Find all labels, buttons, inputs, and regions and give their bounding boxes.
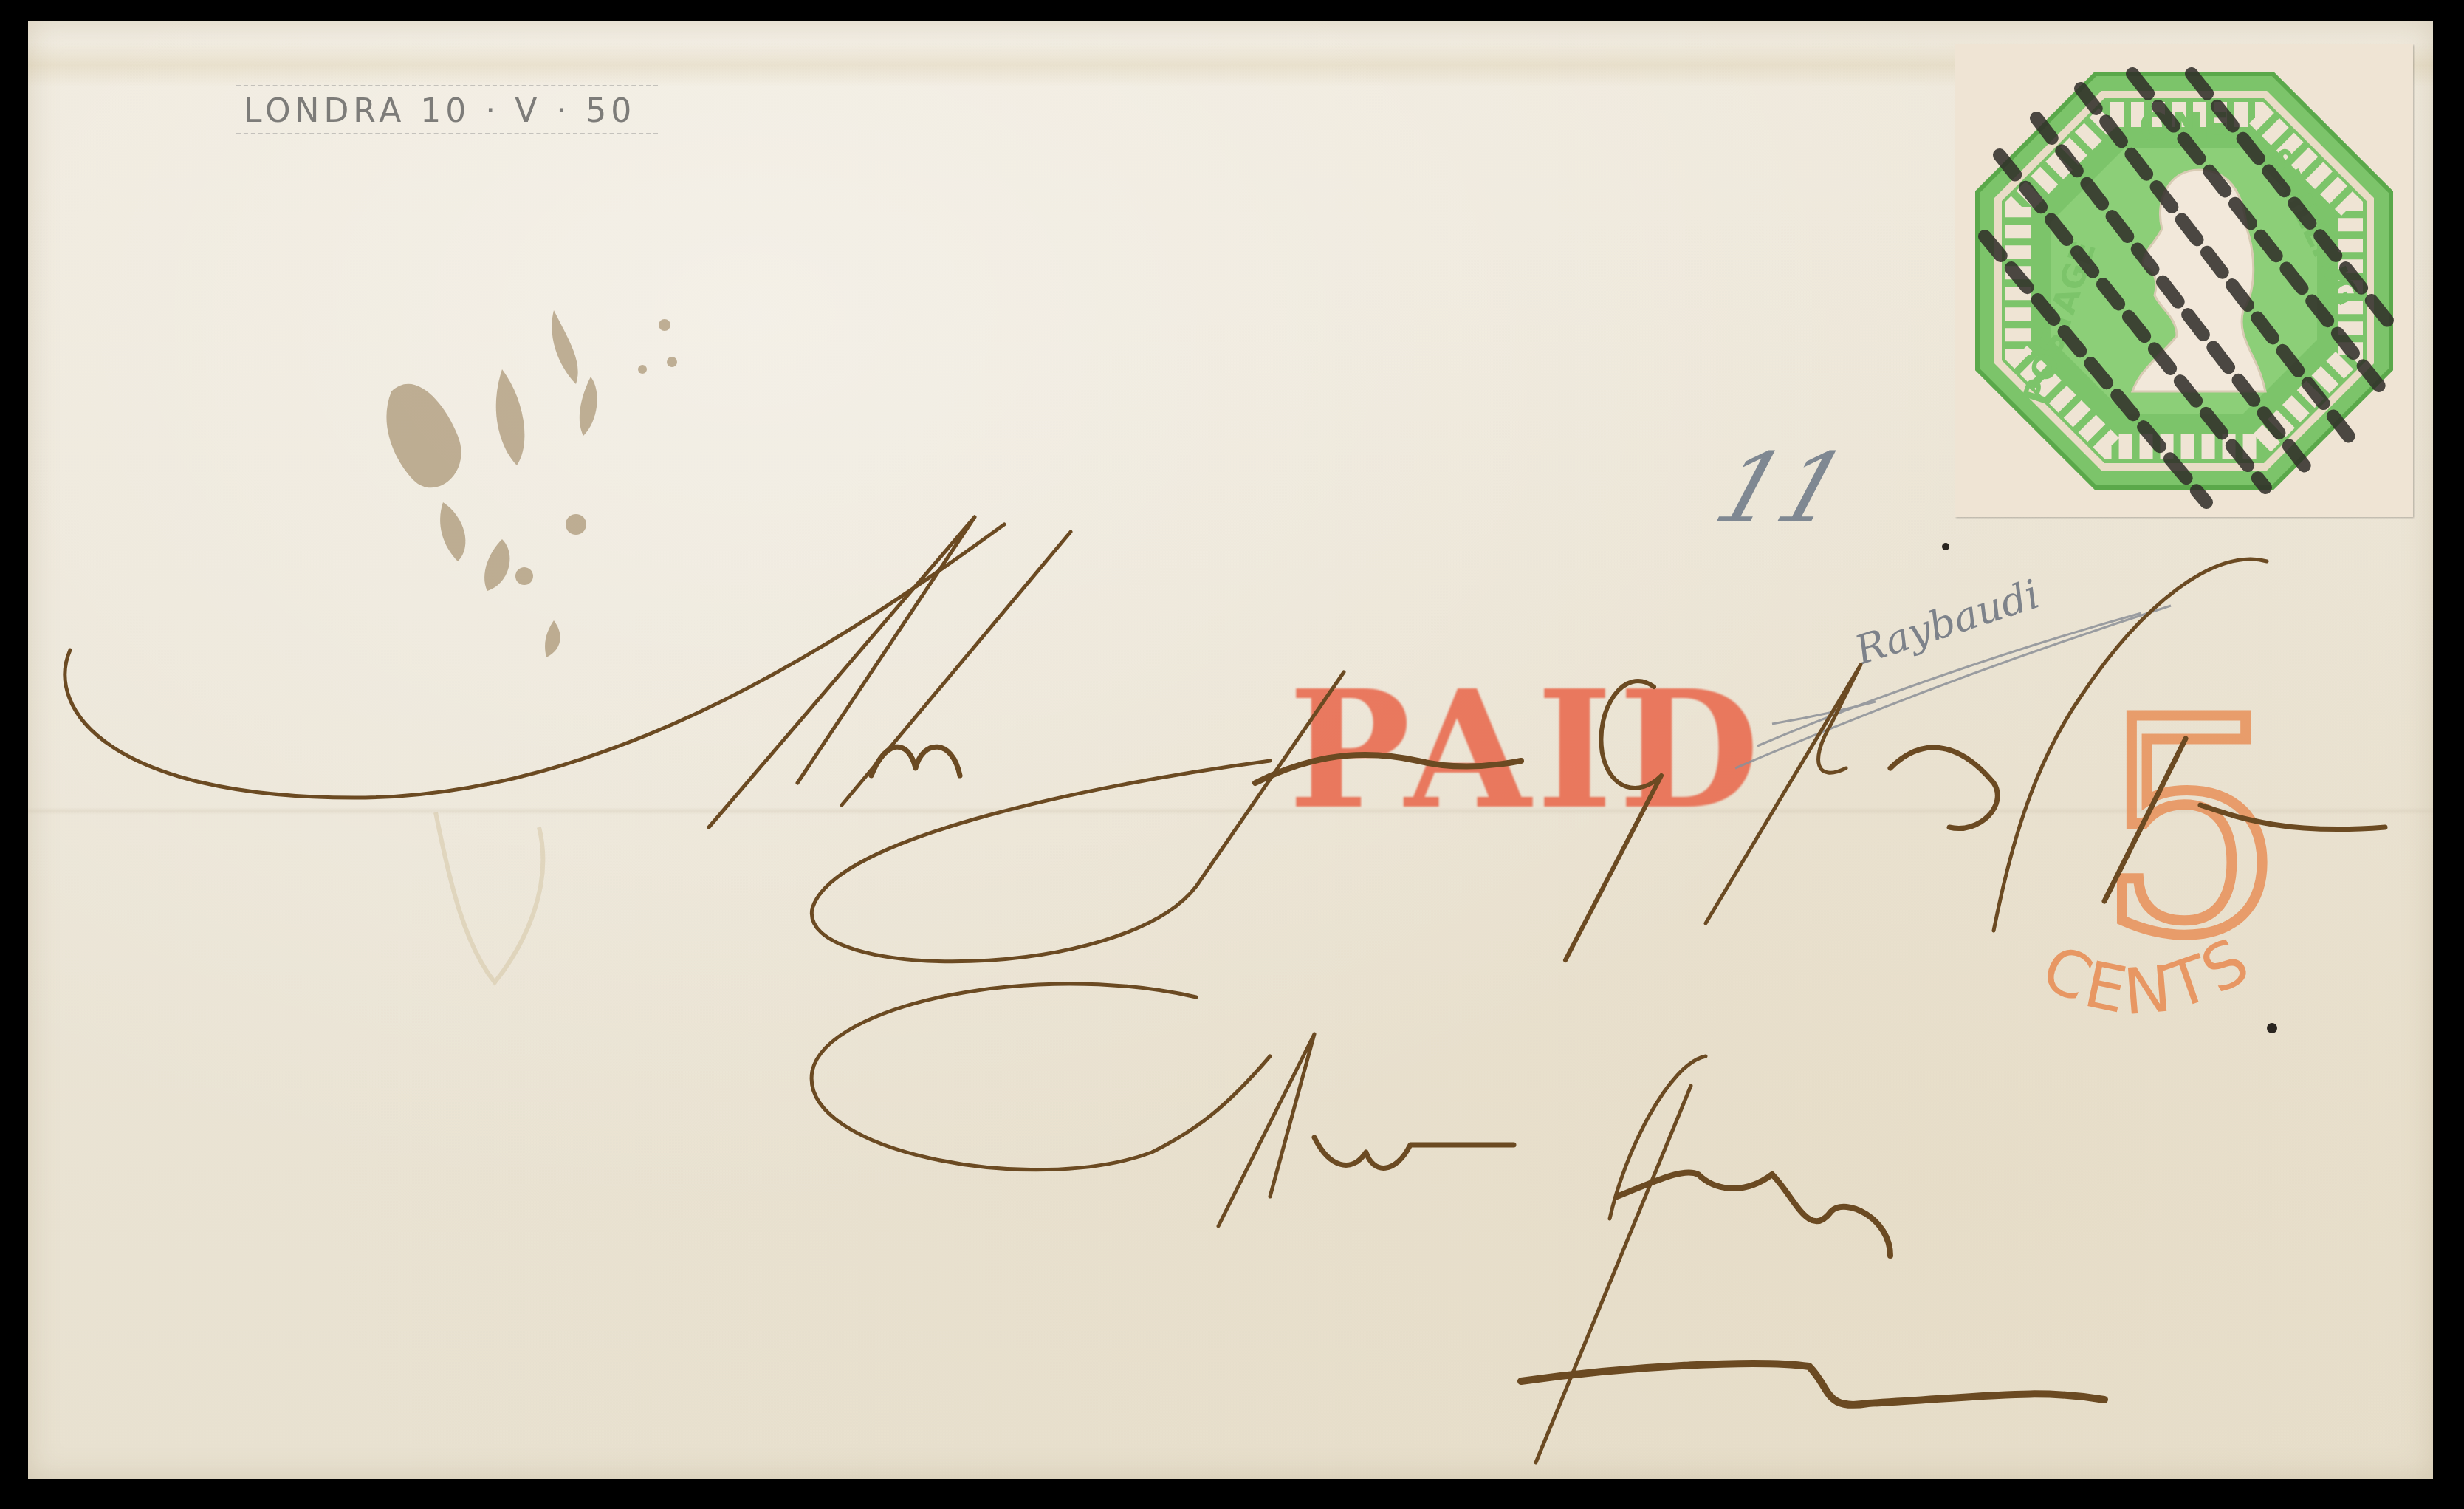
pencil-date-note: LONDRA 10 · V · 50 (236, 85, 658, 134)
ink-dot (1942, 543, 1949, 550)
one-shilling-stamp: ONE POSTAGE SHILLING (1955, 44, 2413, 517)
ink-stains (347, 281, 731, 1093)
five-cents-handstamp: 5 CENTS (2008, 665, 2422, 1078)
ink-dot (2267, 1023, 2277, 1033)
paid-handstamp: PAID (1288, 668, 1765, 831)
